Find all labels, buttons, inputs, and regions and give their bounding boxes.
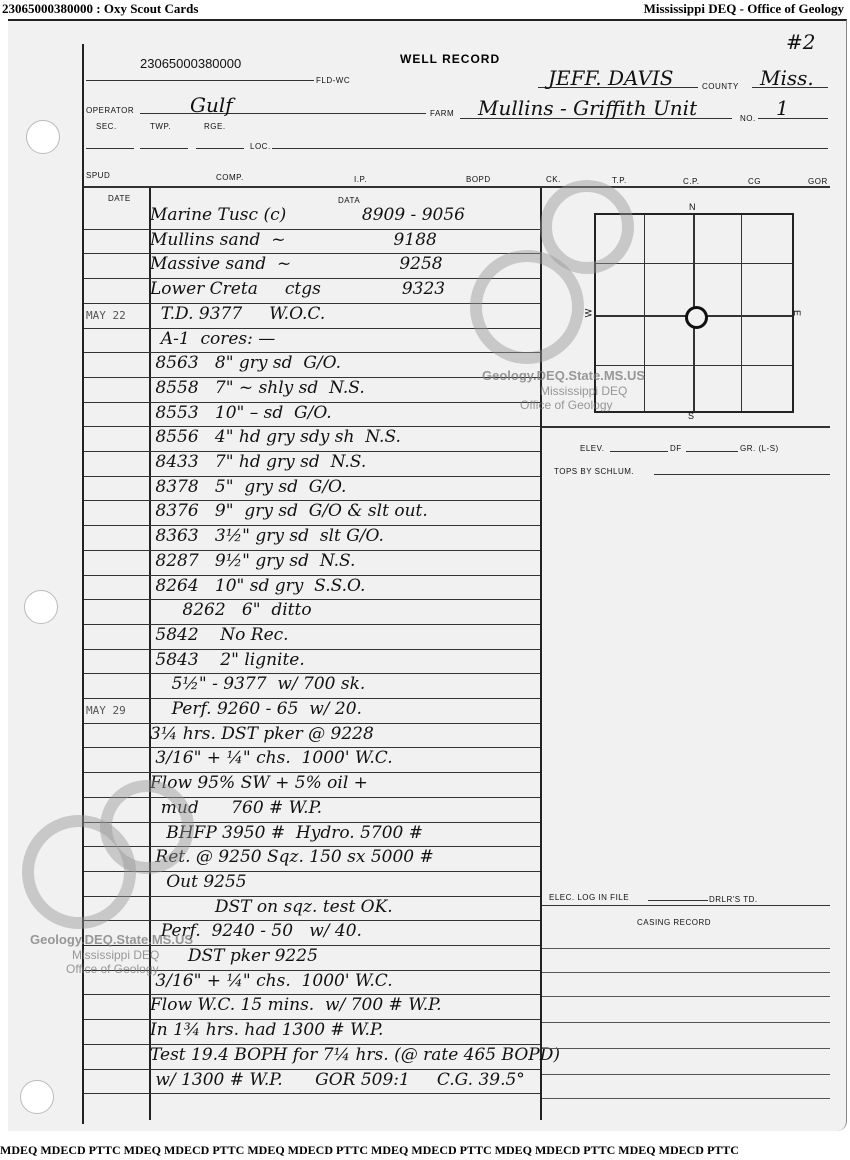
casing-line [542,1048,830,1049]
operator-value: Gulf [190,93,233,117]
elev-label: ELEV. [580,444,604,453]
casing-line [542,1074,830,1075]
tops-by-schlum-label: TOPS BY SCHLUM. [554,467,634,476]
form-title: WELL RECORD [400,52,500,66]
entry-date: MAY 29 [86,704,126,717]
twp-line [140,148,188,149]
watermark-text: Office of Geology [520,398,613,412]
entry-text: T.D. 9377 W.O.C. [150,304,325,324]
date-column-header: DATE [108,194,131,203]
sheet-mark: #2 [786,30,815,54]
entry-text: 8553 10" – sd G/O. [150,403,332,423]
entry-text: Out 9255 [150,872,247,892]
entry-text: 8563 8" gry sd G/O. [150,353,341,373]
entry-text: 8363 3½" gry sd slt G/O. [150,526,384,546]
elev-line [610,451,668,452]
df-line [686,451,738,452]
ip-label: I.P. [354,175,367,184]
entry-text: 8558 7" ~ shly sd N.S. [150,378,365,398]
watermark-logo-icon [540,180,634,274]
page-header: 23065000380000 : Oxy Scout Cards Mississ… [0,0,850,18]
no-line [758,118,828,119]
casing-line [542,972,830,973]
ruled-line [84,1093,540,1094]
bopd-label: BOPD [466,175,491,184]
tp-label: T.P. [612,176,627,185]
entry-text: Mullins sand ~ 9188 [150,230,437,250]
entry-date: MAY 22 [86,309,126,322]
entry-text: 8264 10" sd gry S.S.O. [150,576,365,596]
entry-text: DST pker 9225 [150,946,318,966]
plat-divider [542,426,830,428]
entry-text: 8262 6" ditto [150,600,312,620]
entry-text: 5½" - 9377 w/ 700 sk. [150,674,365,694]
entry-text: DST on sqz. test OK. [150,897,393,917]
df-label: DF [670,444,682,453]
ck-label: CK. [546,175,561,184]
spud-label: SPUD [86,171,110,180]
entry-text: 8556 4" hd gry sdy sh N.S. [150,427,401,447]
entry-text: Ret. @ 9250 Sqz. 150 sx 5000 # [150,847,434,867]
compass-south: S [688,411,694,421]
operator-label: OPERATOR [86,106,134,115]
entry-text: Flow W.C. 15 mins. w/ 700 # W.P. [150,995,442,1015]
casing-line [542,948,830,949]
entry-text: Test 19.4 BOPH for 7¼ hrs. (@ rate 465 B… [150,1045,560,1065]
no-value: 1 [776,96,789,120]
entry-text: 3/16" + ¼" chs. 1000' W.C. [150,748,393,768]
binder-hole-icon [24,590,58,624]
entry-text: Massive sand ~ 9258 [150,254,443,274]
gr-label: GR. (L-S) [740,444,779,453]
rge-line [196,148,244,149]
casing-line [542,996,830,997]
document-title: 23065000380000 : Oxy Scout Cards [2,1,198,17]
entry-text: 8433 7" hd gry sd N.S. [150,452,366,472]
no-label: NO. [740,114,756,123]
state-value: Miss. [760,66,814,90]
entry-text: Marine Tusc (c) 8909 - 9056 [150,205,465,225]
entry-text: 3/16" + ¼" chs. 1000' W.C. [150,971,393,991]
farm-value: Mullins - Griffith Unit [478,96,697,120]
cp-label: C.P. [683,177,700,186]
data-column-header: DATA [338,196,360,205]
fld-wc-line [86,80,314,81]
entry-text: 8378 5" gry sd G/O. [150,477,346,497]
sec-label: SEC. [96,122,117,131]
entry-text: A-1 cores: — [150,329,275,349]
watermark-text: Office of Geology [66,962,159,976]
well-location-marker-icon [685,306,708,329]
entry-text: In 1¾ hrs. had 1300 # W.P. [150,1020,383,1040]
fld-wc-label: FLD-WC [316,76,350,85]
elec-log-label: ELEC. LOG IN FILE [549,893,629,902]
entry-text: Perf. 9260 - 65 w/ 20. [150,699,362,719]
gor-label: GOR [808,177,828,186]
watermark-text: Mississippi DEQ [540,384,627,398]
api-number: 23065000380000 [140,56,241,71]
header-divider [84,186,830,188]
county-label: COUNTY [702,82,739,91]
operator-line [140,113,426,114]
county-value: JEFF. DAVIS [548,66,674,90]
binder-hole-icon [20,1080,54,1114]
entry-text: w/ 1300 # W.P. GOR 509:1 C.G. 39.5° [150,1070,525,1090]
entry-text: 8376 9" gry sd G/O & slt out. [150,501,428,521]
compass-west: W [583,309,593,318]
watermark-logo-icon [100,780,194,874]
farm-label: FARM [430,109,454,118]
compass-east: E [792,310,802,316]
elec-log-line [648,900,708,901]
entry-text: Lower Creta ctgs 9323 [150,279,445,299]
entry-text: 3¼ hrs. DST pker @ 9228 [150,724,374,744]
tops-line [654,474,830,475]
casing-divider [542,905,830,906]
entry-text: Flow 95% SW + 5% oil + [150,773,368,793]
rge-label: RGE. [204,122,226,131]
drlrs-td-label: DRLR'S TD. [709,895,758,904]
entry-text: 8287 9½" gry sd N.S. [150,551,355,571]
casing-record-label: CASING RECORD [637,918,711,927]
casing-line [542,1022,830,1023]
casing-line [542,1098,830,1099]
entry-text: 5843 2" lignite. [150,650,305,670]
watermark-text: Mississippi DEQ [72,948,159,962]
agency-title: Mississippi DEQ - Office of Geology [644,1,844,17]
twp-label: TWP. [150,122,171,131]
watermark-text: Geology.DEQ.State.MS.US [30,932,193,947]
entry-text: 5842 No Rec. [150,625,289,645]
watermark-text: Geology.DEQ.State.MS.US [482,368,645,383]
binder-hole-icon [26,120,60,154]
compass-north: N [689,202,696,212]
footer-banner: MDEQ MDECD PTTC MDEQ MDECD PTTC MDEQ MDE… [0,1143,850,1158]
loc-label: LOC. [250,142,271,151]
cg-label: CG [748,177,761,186]
sec-line [86,148,134,149]
loc-line [272,148,828,149]
comp-label: COMP. [216,173,244,182]
